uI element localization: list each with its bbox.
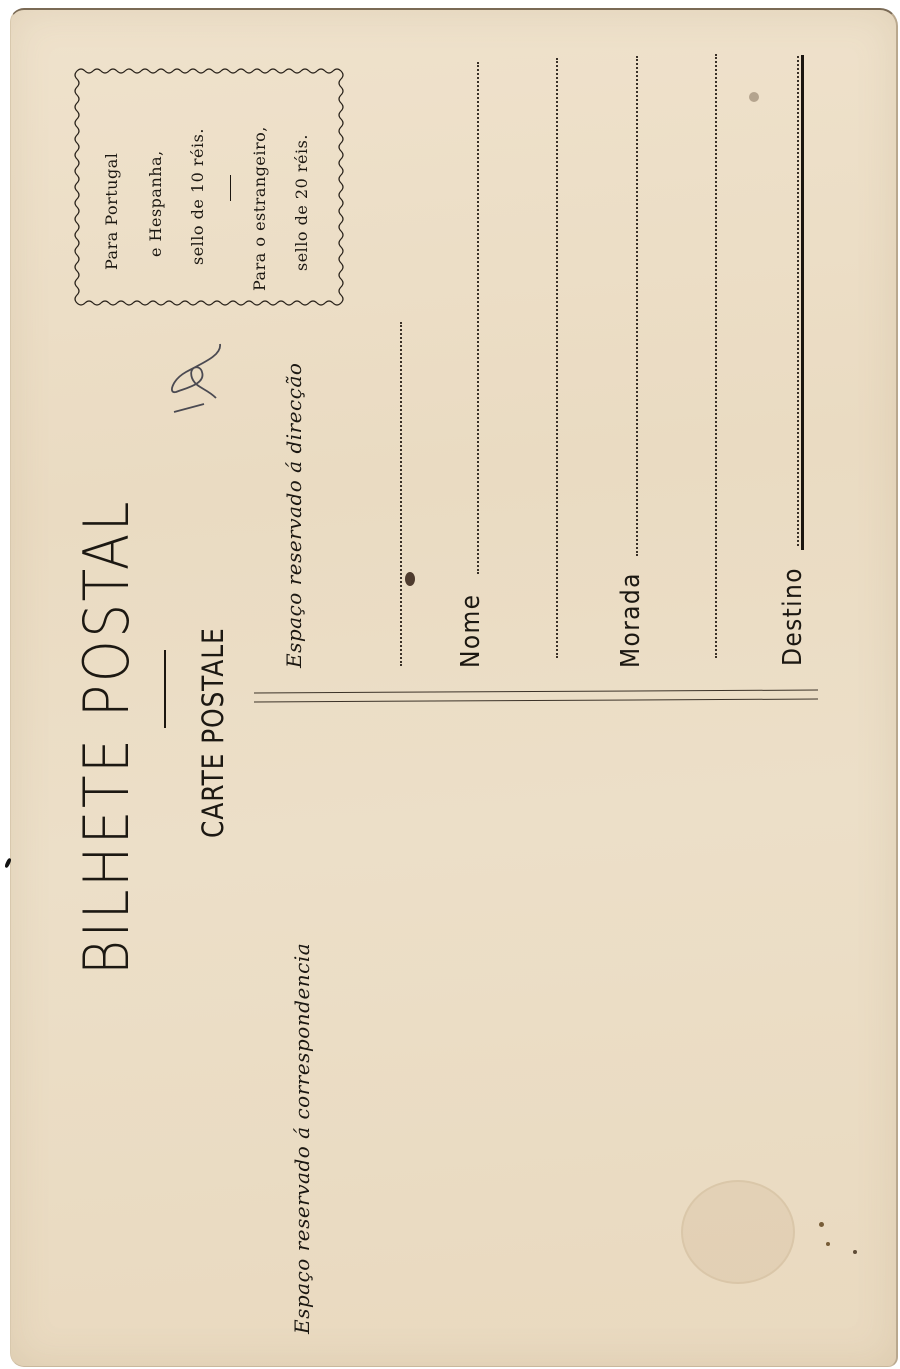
address-line-3[interactable] (715, 54, 717, 658)
field-label-morada: Morada (616, 572, 646, 668)
card-title: BILHETE POSTAL (70, 499, 143, 975)
stain-mark (749, 92, 759, 102)
address-line-2[interactable] (556, 58, 558, 658)
card-subtitle: CARTE POSTALE (196, 627, 230, 838)
morada-input-line[interactable] (636, 56, 638, 556)
destino-input-line[interactable] (797, 56, 799, 546)
destino-underline (801, 55, 804, 550)
stamp-box: Para Portugal e Hespanha, sello de 10 ré… (72, 66, 344, 306)
address-line-1[interactable] (400, 322, 402, 666)
stain-mark (853, 1250, 857, 1254)
field-label-nome: Nome (456, 594, 486, 668)
handwritten-number-icon (166, 336, 236, 416)
stain-mark (681, 1180, 795, 1284)
stain-mark (826, 1242, 830, 1246)
stamp-separator (230, 175, 231, 201)
stamp-text-foreign-1: Para o estrangeiro, (243, 126, 277, 291)
correspondence-section-note: Espaço reservado á correspondencia (290, 943, 314, 1334)
title-rule (164, 650, 166, 728)
stain-mark (405, 572, 415, 586)
stamp-text-foreign-2: sello de 20 réis. (285, 134, 319, 271)
field-label-destino: Destino (778, 567, 808, 666)
stain-mark (819, 1222, 824, 1227)
stamp-text-domestic-1: Para Portugal (95, 153, 129, 270)
address-section-note: Espaço reservado á direcção (282, 363, 306, 668)
stamp-text-domestic-2: e Hespanha, (139, 150, 173, 257)
stamp-text-domestic-3: sello de 10 réis. (181, 128, 215, 265)
nome-input-line[interactable] (477, 62, 479, 574)
